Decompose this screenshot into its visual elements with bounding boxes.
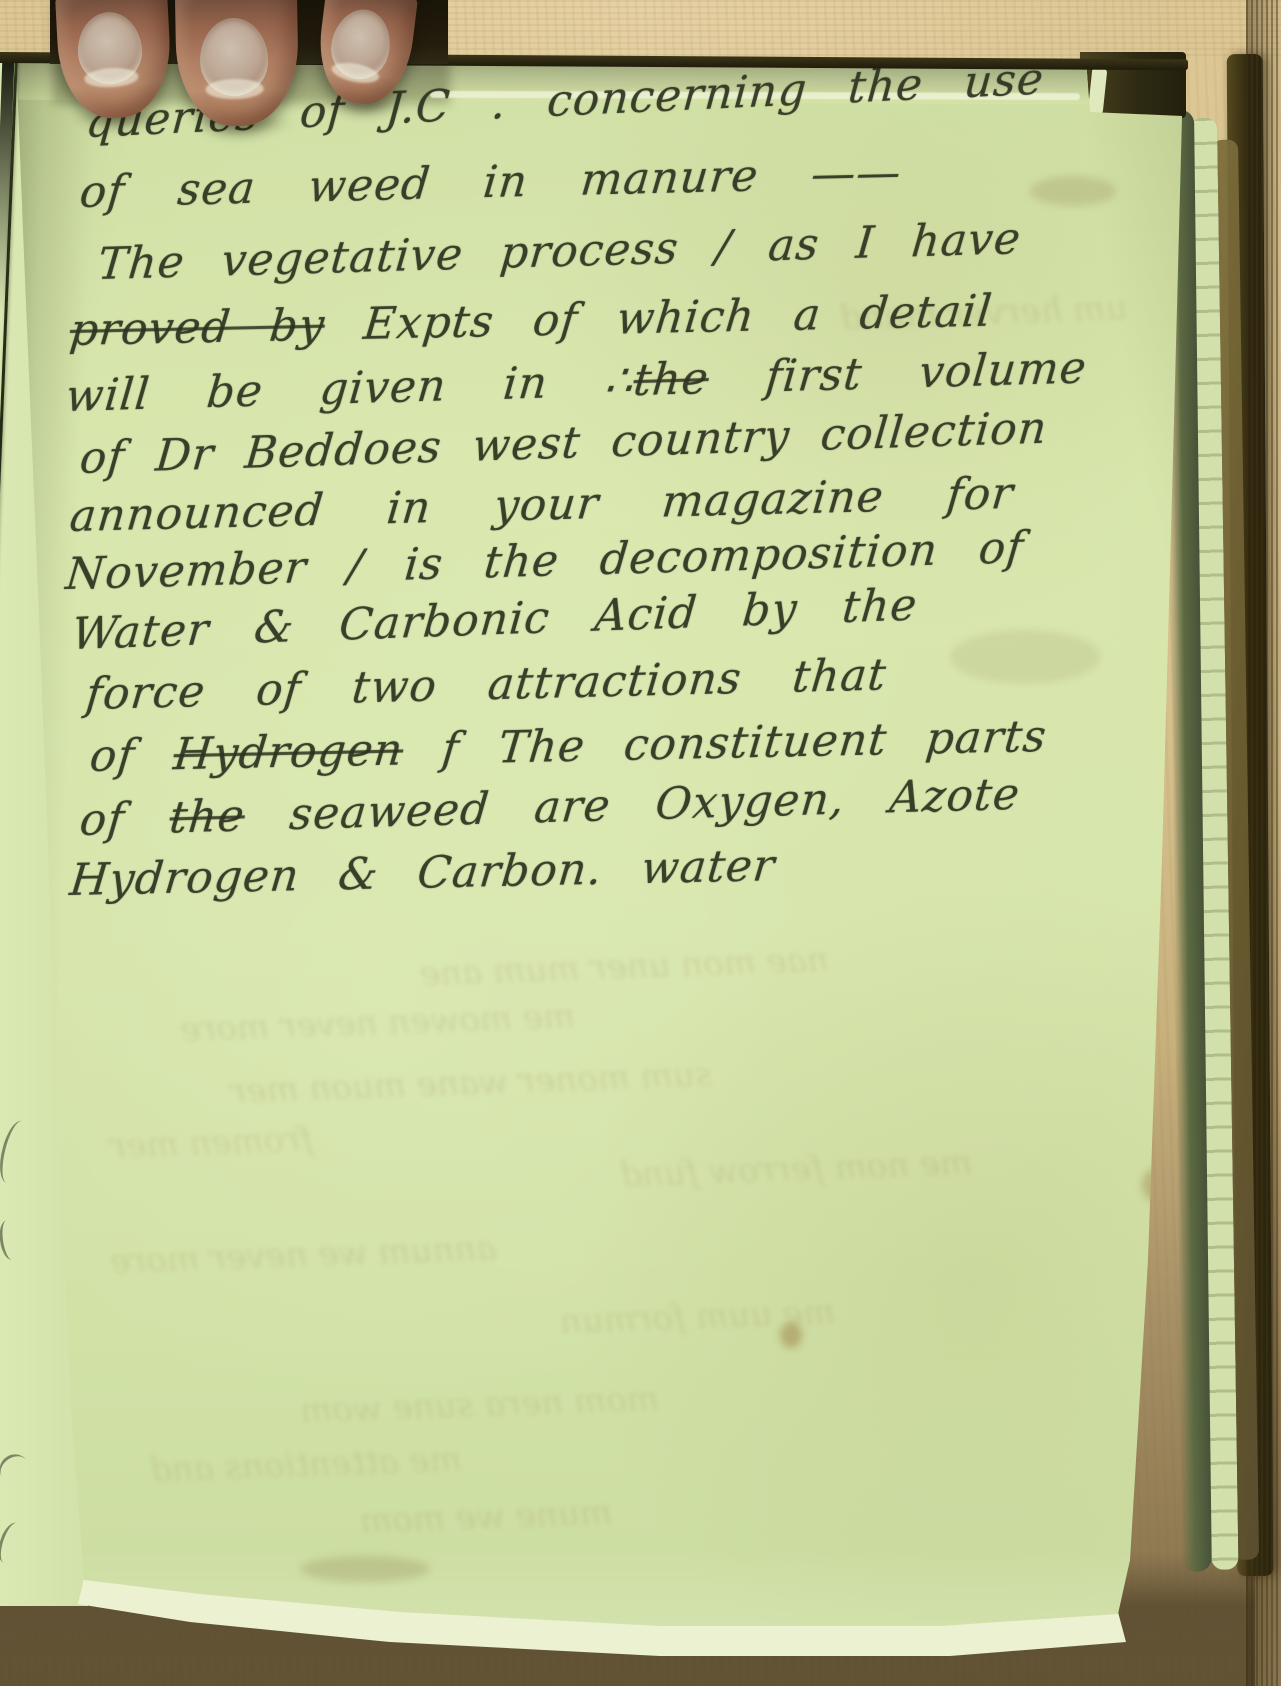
manuscript-page: um herver mundnae mon uner mum aneme mow…	[0, 0, 1281, 1686]
paper-stain	[1030, 176, 1116, 206]
show-through-mark: mune we mom	[359, 1496, 612, 1539]
struck-text-segment: Hydrogen	[171, 724, 406, 780]
text-segment: first volume	[706, 342, 1089, 404]
show-through-mark: me attentions and	[150, 1443, 463, 1488]
facing-page-ink-mark	[0, 1520, 27, 1566]
facing-page-ink-mark	[0, 1118, 34, 1186]
facing-page-ink-mark	[0, 1219, 22, 1261]
paper-stain	[300, 1556, 430, 1582]
photo-scene: um herver mundnae mon uner mum aneme mow…	[0, 0, 1281, 1686]
text-segment: of	[78, 792, 173, 846]
fingernail	[326, 4, 396, 84]
struck-text-segment: proved by	[67, 300, 327, 356]
struck-text-segment: the	[631, 353, 711, 406]
struck-text-segment: the	[167, 790, 247, 843]
show-through-mark: fromen mer	[109, 1122, 313, 1163]
show-through-mark: me uum formun	[559, 1295, 835, 1339]
text-segment: of	[87, 729, 176, 782]
facing-page-ink-mark	[0, 1449, 35, 1490]
fingernail	[76, 11, 144, 86]
fingernail	[199, 17, 268, 96]
paper-stain	[950, 630, 1100, 684]
